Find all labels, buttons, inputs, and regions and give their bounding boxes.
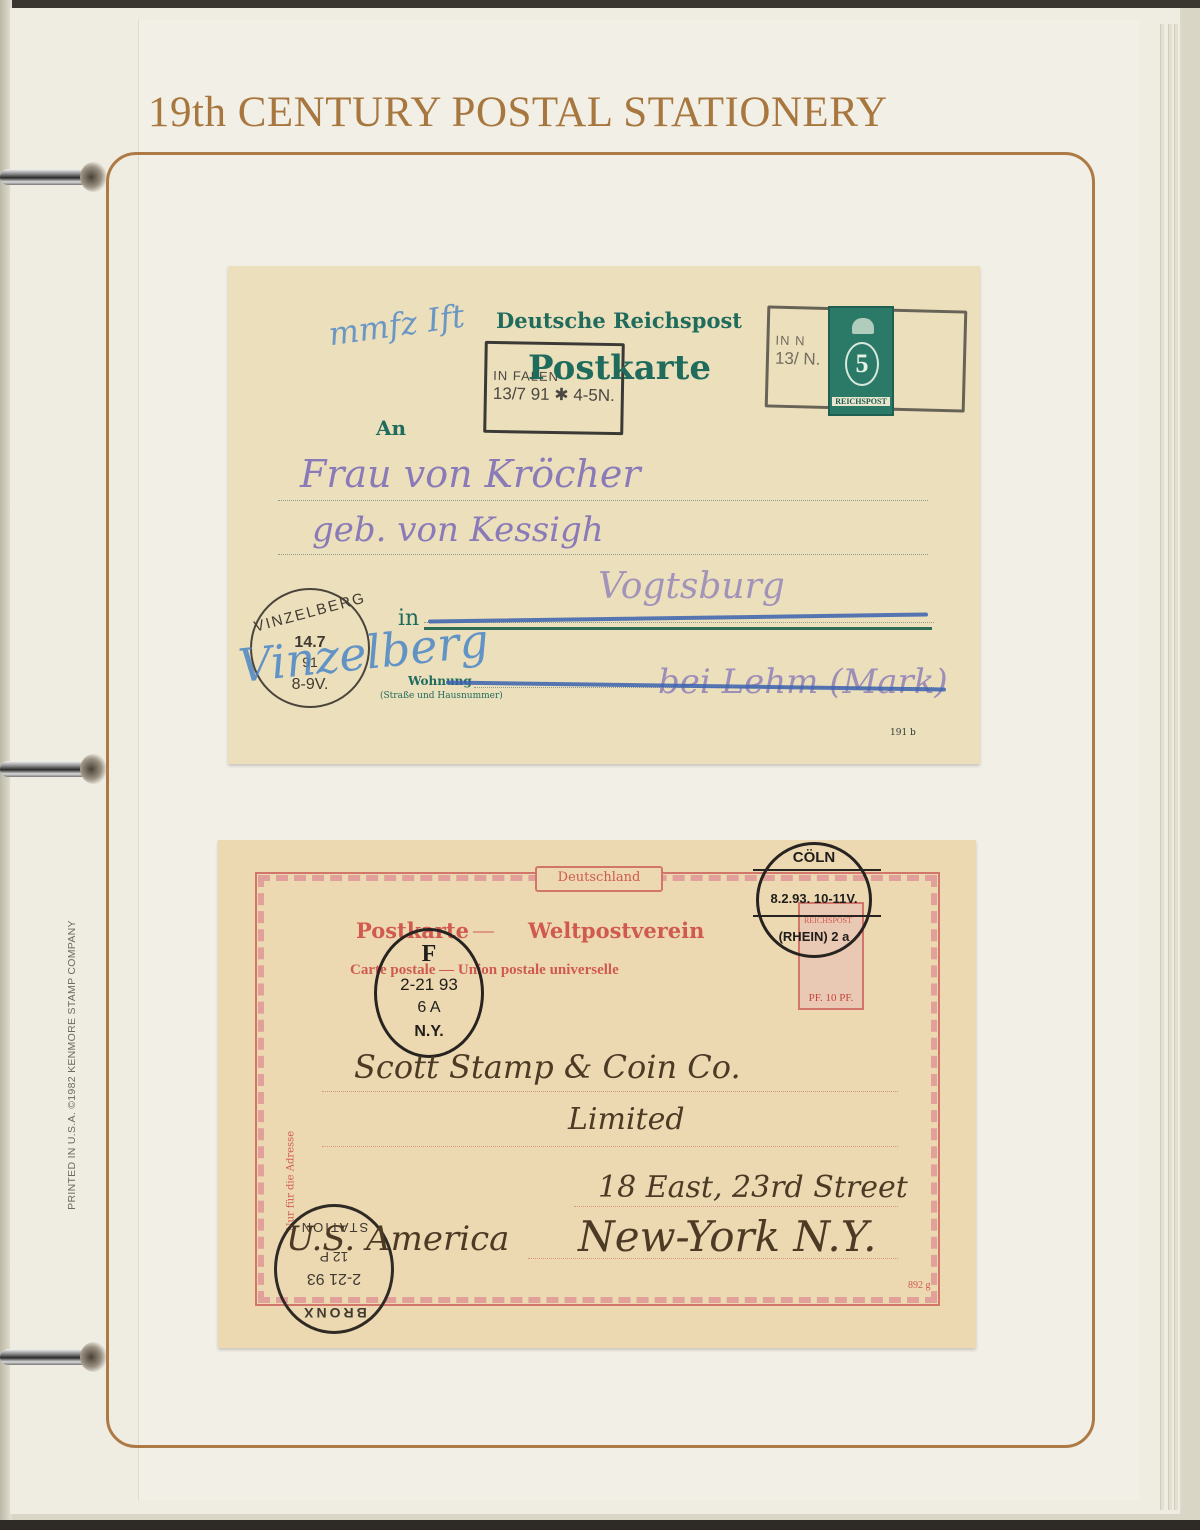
postcard-reichspost-1891[interactable]: mmfz Ift Deutsche Reichspost IN FALEN 13… bbox=[228, 266, 980, 764]
card-title-union: Weltpostverein bbox=[528, 918, 704, 943]
binder-ring-middle bbox=[0, 752, 110, 786]
page-title: 19th CENTURY POSTAL STATIONERY bbox=[148, 88, 1068, 137]
address-line bbox=[574, 1206, 898, 1207]
country-annotation: U.S. America bbox=[286, 1220, 516, 1258]
address-line-1: Scott Stamp & Coin Co. bbox=[354, 1048, 741, 1086]
city-crossed: Vogtsburg bbox=[598, 566, 785, 607]
address-line bbox=[322, 1091, 898, 1092]
addressee-line-1: Frau von Kröcher bbox=[300, 452, 640, 496]
binder-bottom-edge bbox=[0, 1520, 1200, 1530]
page-edge bbox=[1174, 24, 1178, 1510]
circle-postmark-ny: F 2-21 93 6 A N.Y. bbox=[374, 928, 484, 1058]
printing-code: 191 b bbox=[890, 728, 916, 738]
street-crossed: bei Lehm (Mark) bbox=[658, 662, 948, 702]
addressee-line-2: geb. von Kessigh bbox=[312, 510, 604, 550]
address-line-3: 18 East, 23rd Street bbox=[598, 1170, 908, 1205]
page-edge bbox=[1160, 24, 1164, 1510]
title-dash: — bbox=[473, 918, 494, 943]
printing-code: 892 g bbox=[908, 1280, 931, 1291]
imprinted-stamp-5pf: 5 REICHSPOST bbox=[828, 306, 894, 416]
wohnung-hint: (Straße und Hausnummer) bbox=[380, 691, 503, 701]
circle-postmark-coln: CÖLN 8.2.93. 10-11V. (RHEIN) 2 a bbox=[756, 842, 872, 958]
binder-ring-top bbox=[0, 160, 110, 194]
address-line bbox=[278, 500, 928, 501]
printer-imprint: PRINTED IN U.S.A. ©1982 KENMORE STAMP CO… bbox=[56, 905, 88, 1225]
card-header: Deutsche Reichspost bbox=[496, 308, 742, 333]
binder-top-edge bbox=[0, 0, 1200, 8]
card-type: Postkarte bbox=[528, 348, 711, 388]
address-line bbox=[278, 554, 928, 555]
crown-icon bbox=[852, 318, 874, 334]
an-label: An bbox=[376, 416, 406, 440]
page-edge bbox=[1168, 24, 1172, 1510]
address-line-4: New-York N.Y. bbox=[578, 1212, 876, 1261]
imprint-text: PRINTED IN U.S.A. ©1982 KENMORE STAMP CO… bbox=[66, 920, 78, 1210]
address-line-2: Limited bbox=[568, 1102, 685, 1137]
binder-ring-bottom bbox=[0, 1340, 110, 1374]
pencil-annotation: mmfz Ift bbox=[326, 297, 467, 354]
city-underline bbox=[424, 627, 932, 630]
postcard-weltpostverein-1893[interactable]: Deutschland Postkarte — Weltpostverein C… bbox=[218, 840, 976, 1348]
address-line bbox=[528, 1258, 898, 1259]
address-line bbox=[322, 1146, 898, 1147]
country-label: Deutschland bbox=[535, 866, 663, 892]
